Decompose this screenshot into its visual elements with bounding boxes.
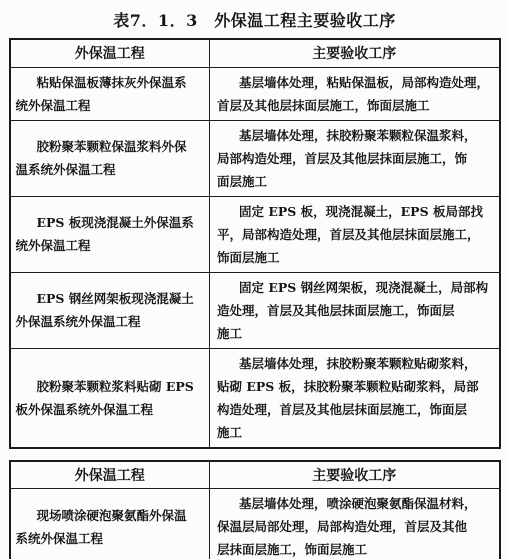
acceptance-table-continued: 外保温工程 主要验收工序 现场喷涂硬泡聚氨酯外保温 系统外保温工程 基层墙体处理… (9, 460, 501, 559)
system-cell: 胶粉聚苯颗粒保温浆料外保 温系统外保温工程 (10, 120, 210, 196)
system-cell: 胶粉聚苯颗粒浆料贴砌 EPS 板外保温系统外保温工程 (10, 348, 210, 448)
table-row: 胶粉聚苯颗粒保温浆料外保 温系统外保温工程 基层墙体处理，抹胶粉聚苯颗粒保温浆料… (10, 120, 500, 196)
table-row: 胶粉聚苯颗粒浆料贴砌 EPS 板外保温系统外保温工程 基层墙体处理，抹胶粉聚苯颗… (10, 348, 500, 448)
system-cell: 现场喷涂硬泡聚氨酯外保温 系统外保温工程 (10, 489, 210, 559)
procedures-cell: 固定 EPS 板，现浇混凝土，EPS 板局部找 平，局部构造处理，首层及其他层抹… (210, 196, 500, 272)
table-row: 现场喷涂硬泡聚氨酯外保温 系统外保温工程 基层墙体处理，喷涂硬泡聚氨酯保温材料，… (10, 489, 500, 559)
header-system: 外保温工程 (10, 39, 210, 67)
header-procedures: 主要验收工序 (210, 39, 500, 67)
system-cell: EPS 钢丝网架板现浇混凝土 外保温系统外保温工程 (10, 272, 210, 348)
procedures-cell: 基层墙体处理，喷涂硬泡聚氨酯保温材料， 保温层局部处理，局部构造处理，首层及其他… (210, 489, 500, 559)
table-row: EPS 板现浇混凝土外保温系 统外保温工程 固定 EPS 板，现浇混凝土，EPS… (10, 196, 500, 272)
procedures-cell: 基层墙体处理，粘贴保温板，局部构造处理， 首层及其他层抹面层施工，饰面层施工 (210, 67, 500, 120)
header-row: 外保温工程 主要验收工序 (10, 461, 500, 489)
system-cell: 粘贴保温板薄抹灰外保温系 统外保温工程 (10, 67, 210, 120)
system-cell: EPS 板现浇混凝土外保温系 统外保温工程 (10, 196, 210, 272)
header-procedures: 主要验收工序 (210, 461, 500, 489)
header-row: 外保温工程 主要验收工序 (10, 39, 500, 67)
acceptance-table-main: 外保温工程 主要验收工序 粘贴保温板薄抹灰外保温系 统外保温工程 基层墙体处理，… (9, 38, 501, 449)
header-system: 外保温工程 (10, 461, 210, 489)
table-row: EPS 钢丝网架板现浇混凝土 外保温系统外保温工程 固定 EPS 钢丝网架板，现… (10, 272, 500, 348)
procedures-cell: 基层墙体处理，抹胶粉聚苯颗粒贴砌浆料， 贴砌 EPS 板，抹胶粉聚苯颗粒贴砌浆料… (210, 348, 500, 448)
table-gap (0, 449, 509, 460)
procedures-cell: 基层墙体处理，抹胶粉聚苯颗粒保温浆料， 局部构造处理，首层及其他层抹面层施工，饰… (210, 120, 500, 196)
table-title: 表7．1．3 外保温工程主要验收工序 (0, 0, 509, 38)
table-row: 粘贴保温板薄抹灰外保温系 统外保温工程 基层墙体处理，粘贴保温板，局部构造处理，… (10, 67, 500, 120)
procedures-cell: 固定 EPS 钢丝网架板，现浇混凝土，局部构 造处理，首层及其他层抹面层施工，饰… (210, 272, 500, 348)
